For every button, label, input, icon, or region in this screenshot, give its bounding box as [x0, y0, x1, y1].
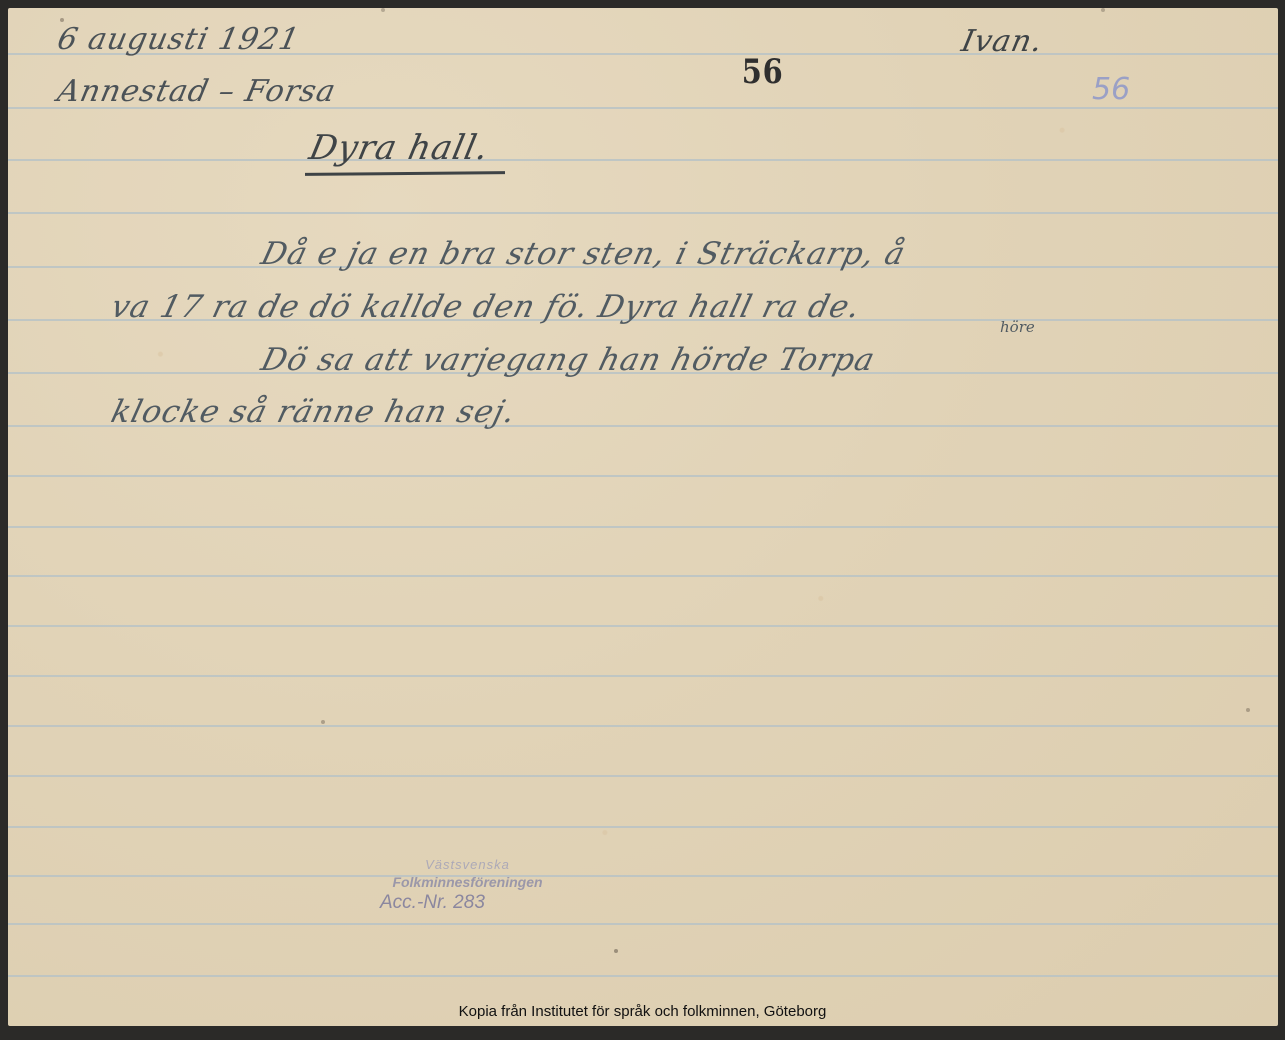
pencil-record-number: 56	[1092, 72, 1130, 107]
record-title: Dyra hall.	[306, 128, 493, 168]
ruled-line	[8, 725, 1278, 727]
body-line-4: klocke så ränne han sej.	[108, 394, 520, 430]
body-line-3: Dö sa att varjegang han hörde Torpa	[258, 342, 879, 378]
stamp-line-2: Folkminnesföreningen	[360, 874, 575, 890]
archive-card	[8, 8, 1278, 1026]
ruled-line	[8, 526, 1278, 528]
ruled-line	[8, 212, 1278, 214]
body-line-1: Då e ja en bra stor sten, i Sträckarp, å	[258, 236, 910, 272]
paper-speck	[381, 8, 385, 12]
stamp-accession-number: Acc.-Nr. 283	[360, 892, 575, 914]
ruled-line	[8, 975, 1278, 977]
ruled-line	[8, 575, 1278, 577]
record-date: 6 augusti 1921	[54, 22, 303, 57]
record-place: Annestad – Forsa	[54, 74, 339, 109]
ruled-line	[8, 675, 1278, 677]
ruled-line	[8, 826, 1278, 828]
informant-name: Ivan.	[958, 24, 1046, 59]
ruled-line	[8, 475, 1278, 477]
printed-record-number: 56	[742, 52, 784, 92]
ruled-line	[8, 923, 1278, 925]
ruled-line	[8, 159, 1278, 161]
paper-speck	[321, 720, 325, 724]
copy-attribution: Kopia från Institutet för språk och folk…	[0, 1003, 1285, 1020]
archive-stamp: Västsvenska Folkminnesföreningen Acc.-Nr…	[360, 857, 575, 914]
interlinear-insert: höre	[1000, 318, 1035, 336]
ruled-line	[8, 875, 1278, 877]
body-line-2: va 17 ra de dö kallde den fö. Dyra hall …	[108, 289, 865, 325]
stamp-line-1: Västsvenska	[360, 857, 575, 872]
paper-speck	[1101, 8, 1105, 12]
ruled-line	[8, 625, 1278, 627]
paper-speck	[1246, 708, 1250, 712]
paper-speck	[614, 949, 618, 953]
ruled-line	[8, 775, 1278, 777]
